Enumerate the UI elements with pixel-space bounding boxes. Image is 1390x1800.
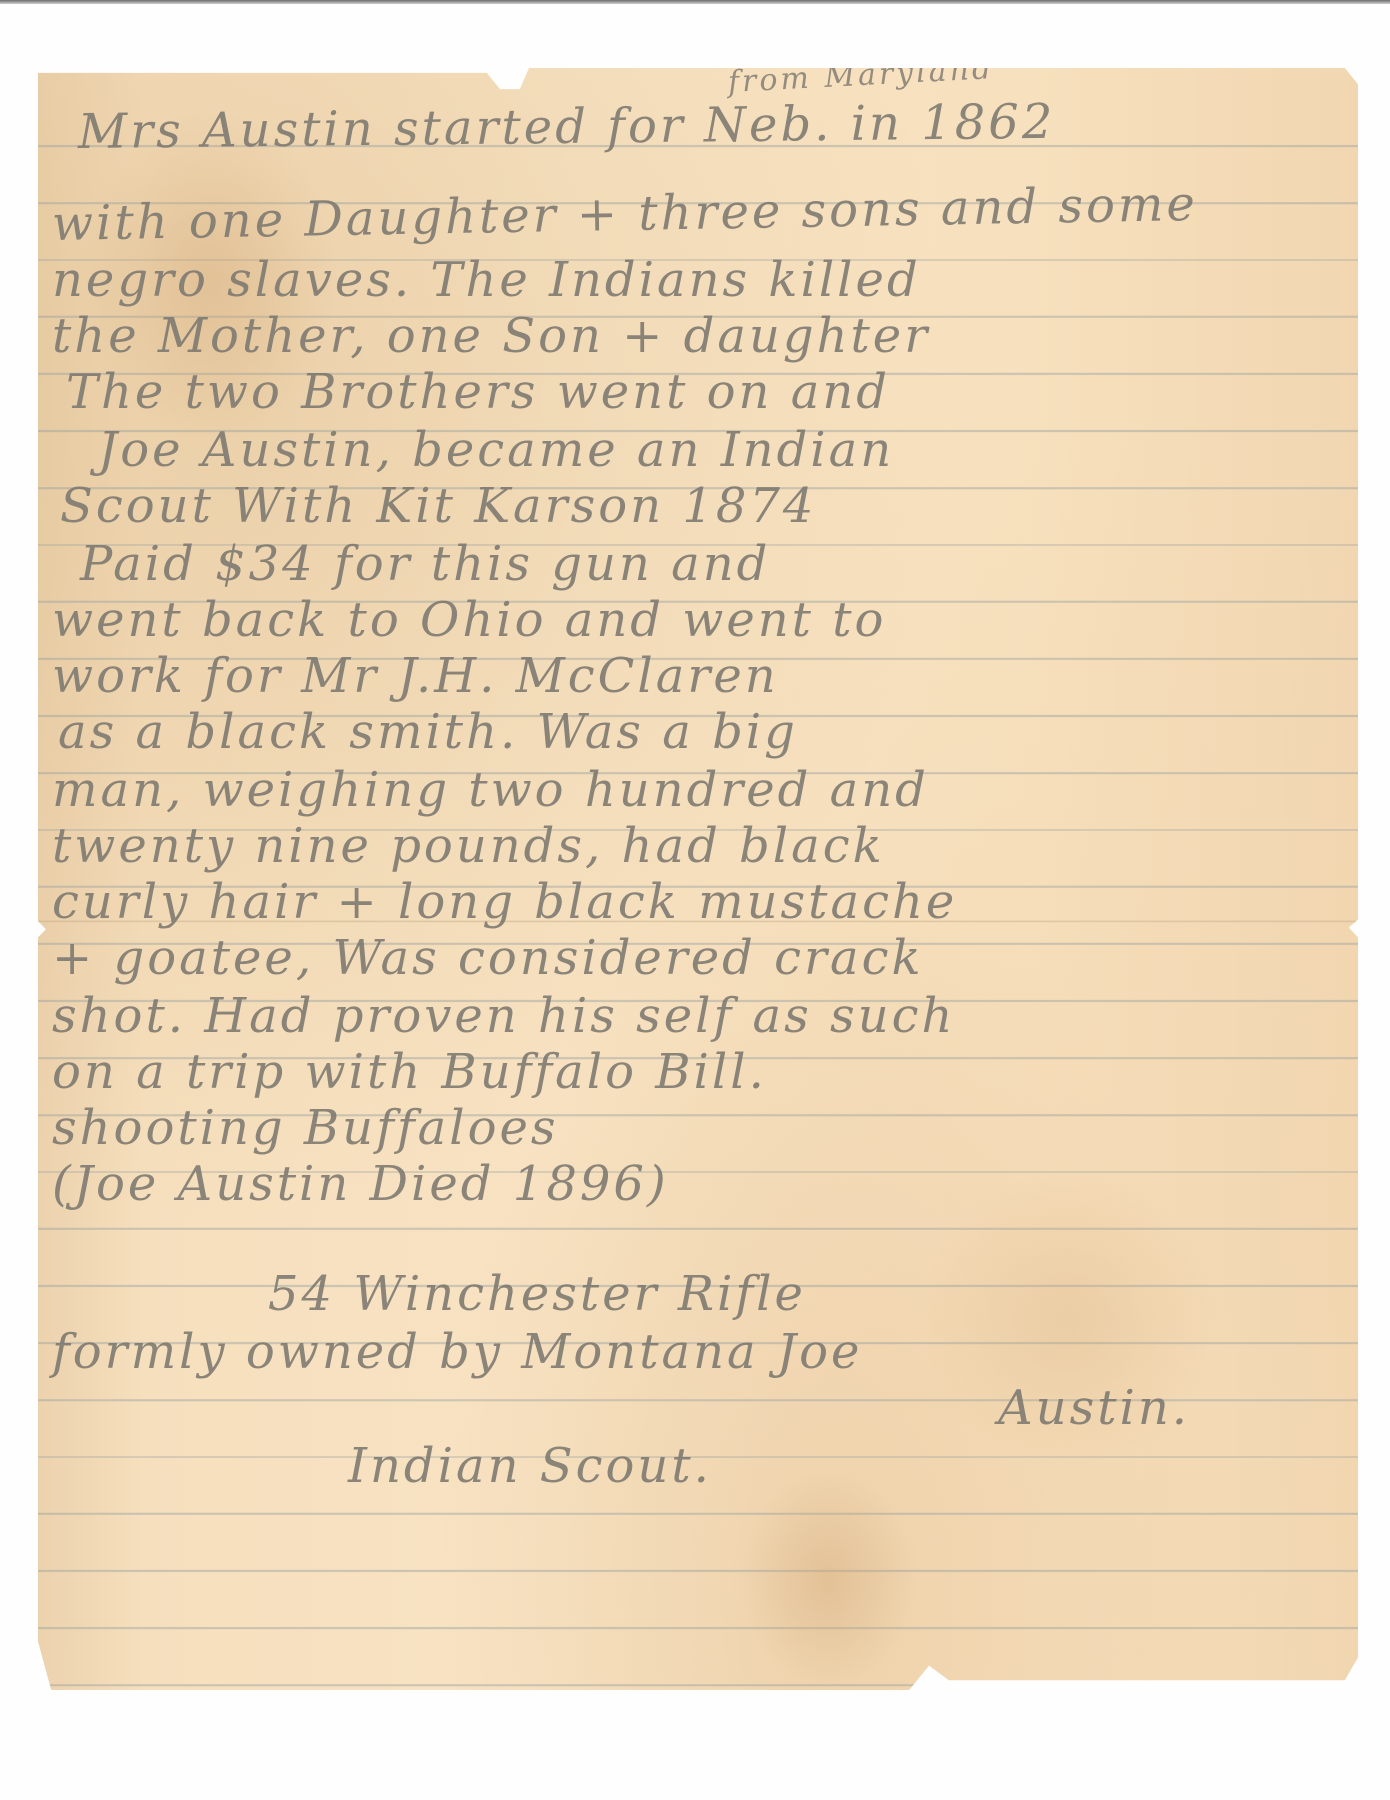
text-line-8: Paid $34 for this gun and (80, 536, 770, 592)
text-line-7: Scout With Kit Karson 1874 (60, 478, 816, 534)
caption-line-4: Indian Scout. (348, 1438, 712, 1494)
text-line-4: the Mother, one Son + daughter (52, 308, 930, 364)
scanned-page: from Maryland Mrs Austin started for Neb… (0, 0, 1390, 1800)
text-line-6: Joe Austin, became an Indian (98, 422, 894, 478)
text-line-1: Mrs Austin started for Neb. in 1862 (78, 94, 1056, 160)
text-line-18: shooting Buffaloes (52, 1100, 559, 1156)
caption-line-2: formly owned by Montana Joe (52, 1324, 862, 1380)
caption-line-1: 54 Winchester Rifle (268, 1266, 806, 1322)
text-line-5: The two Brothers went on and (66, 364, 890, 420)
insertion-note: from Maryland (727, 52, 995, 100)
text-line-13: twenty nine pounds, had black (52, 818, 885, 874)
text-line-14: curly hair + long black mustache (52, 874, 957, 930)
handwritten-text: from Maryland Mrs Austin started for Neb… (38, 68, 1358, 1690)
text-line-12: man, weighing two hundred and (52, 762, 929, 818)
text-line-11: as a black smith. Was a big (58, 704, 798, 760)
text-line-17: on a trip with Buffalo Bill. (52, 1044, 767, 1100)
text-line-3: negro slaves. The Indians killed (52, 252, 921, 308)
text-line-15: + goatee, Was considered crack (52, 930, 924, 986)
text-line-16: shot. Had proven his self as such (52, 988, 955, 1044)
caption-line-3: Austin. (998, 1380, 1190, 1436)
text-line-19: (Joe Austin Died 1896) (52, 1156, 669, 1212)
text-line-9: went back to Ohio and went to (52, 592, 886, 648)
letter-paper: from Maryland Mrs Austin started for Neb… (38, 68, 1358, 1690)
scanner-edge (0, 0, 1390, 4)
text-line-2: with one Daughter + three sons and some (52, 176, 1199, 252)
text-line-10: work for Mr J.H. McClaren (52, 648, 779, 704)
